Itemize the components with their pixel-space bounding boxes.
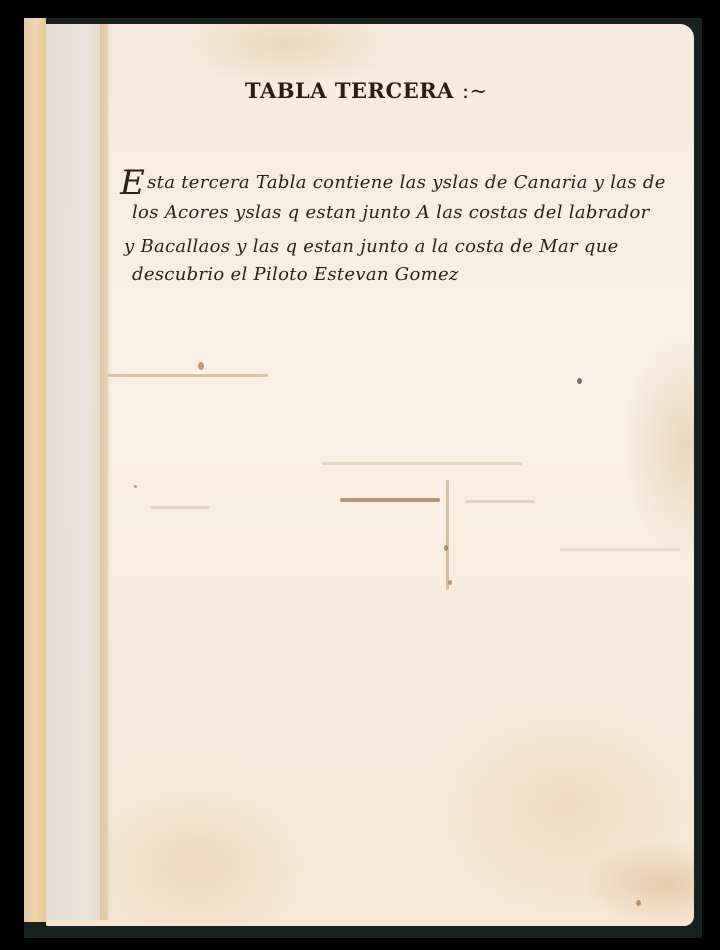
- heading-text: TABLA TERCERA: [245, 78, 454, 103]
- ink-spot: [444, 545, 448, 551]
- text-line-3: y Bacallaos y las q estan junto a la cos…: [124, 236, 619, 257]
- page-heading: TABLA TERCERA:~: [245, 78, 488, 103]
- initial-capital: E: [120, 163, 145, 203]
- guard-stain: [100, 24, 112, 920]
- line-text: descubrio el Piloto Estevan Gomez: [132, 264, 459, 285]
- line-text: y Bacallaos y las q estan junto a la cos…: [124, 236, 619, 257]
- ink-spot: [198, 362, 204, 370]
- offset-line: [108, 374, 268, 377]
- line-text: sta tercera Tabla contiene las yslas de …: [147, 172, 666, 193]
- offset-line: [446, 480, 449, 590]
- ink-spot: [636, 900, 641, 906]
- offset-line: [340, 498, 440, 502]
- line-text: los Acores yslas q estan junto A las cos…: [132, 202, 650, 223]
- text-line-2: los Acores yslas q estan junto A las cos…: [132, 202, 650, 223]
- offset-line: [322, 462, 522, 465]
- ink-spot: [448, 580, 452, 585]
- offset-line: [150, 506, 210, 509]
- offset-line: [465, 500, 535, 503]
- text-line-1: Esta tercera Tabla contiene las yslas de…: [120, 160, 666, 194]
- image-viewport: TABLA TERCERA:~ Esta tercera Tabla conti…: [0, 0, 720, 950]
- text-line-4: descubrio el Piloto Estevan Gomez: [132, 264, 459, 285]
- ink-spot: [134, 485, 137, 488]
- ink-spot: [577, 378, 582, 384]
- paper-guard: [46, 24, 108, 920]
- binding-strip: [24, 18, 46, 922]
- heading-ornament: :~: [462, 79, 488, 103]
- offset-line: [560, 548, 680, 551]
